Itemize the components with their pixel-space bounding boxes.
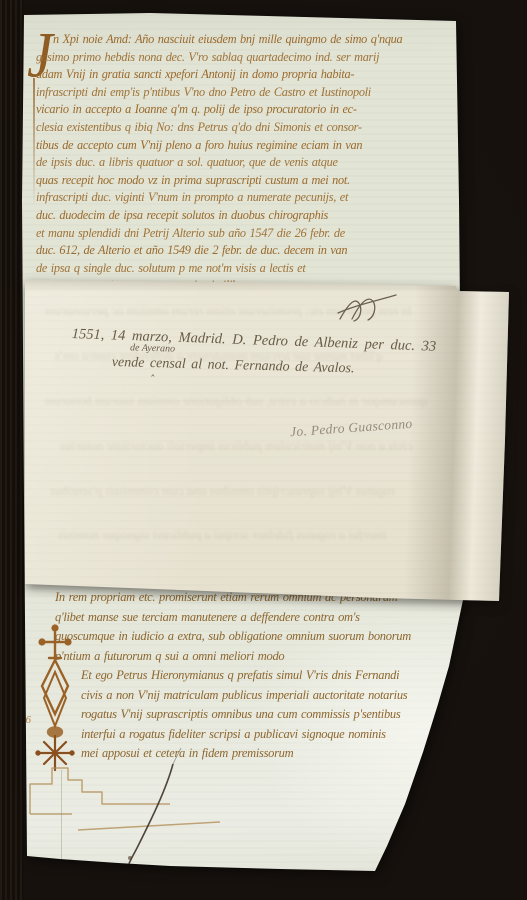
show-through-text: interfui a rogatus fideliter scripsi a p… [58,527,387,543]
interlinear-insertion: de Ayerano [130,342,175,354]
show-through-text: civis a non V'nij matriculam publicus im… [60,438,412,454]
overlay-surface: In rem propriam etc. promiserunt etiam r… [0,0,527,900]
manuscript-scan: J n Xpi noie Amd: Año nasciuit eiusdem b… [0,0,527,900]
notary-signature: Jo. Pedro Guasconno [290,416,413,441]
overlay-sheet: In rem propriam etc. promiserunt etiam r… [0,0,527,900]
paraph-flourish-icon [336,293,400,323]
show-through-text: quoscumque in iudicio a extra, sub oblig… [45,393,427,409]
show-through-text: rogatus V'nij suprascriptis omnibus una … [50,483,395,499]
